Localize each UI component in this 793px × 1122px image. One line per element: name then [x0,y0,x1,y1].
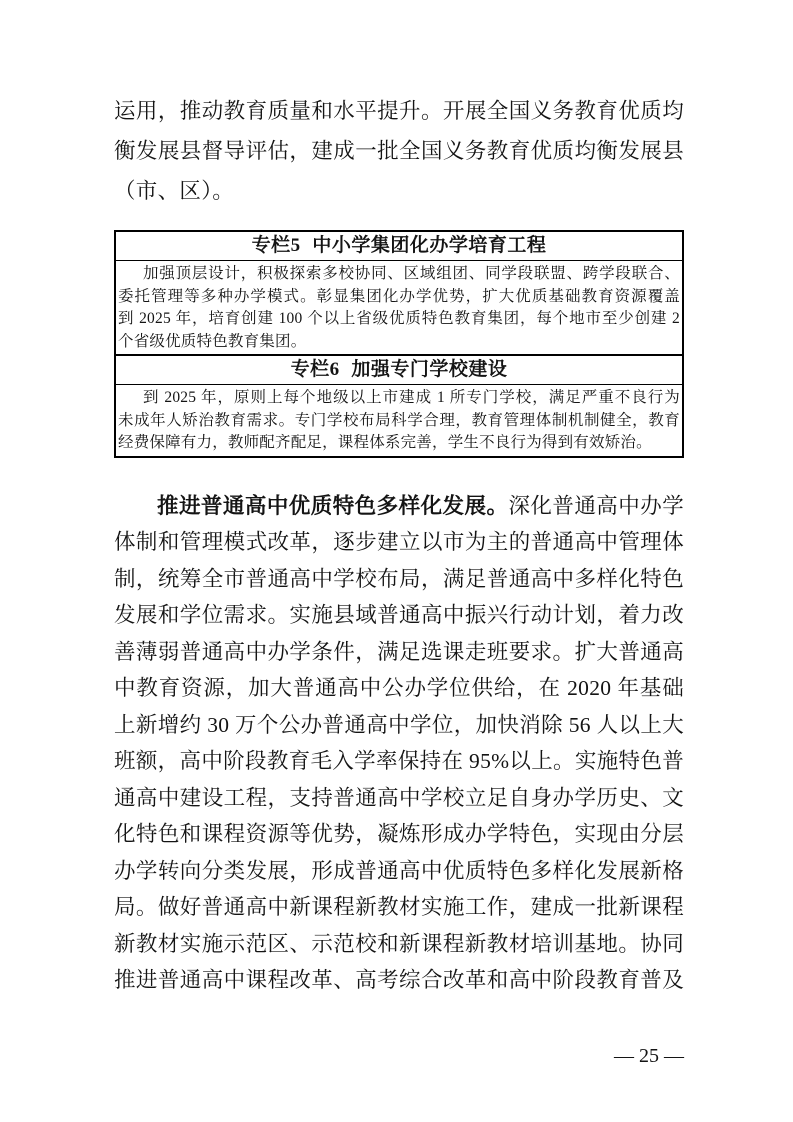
text-line: 局。做好普通高中新课程新教材实施工作，建成一批新课程 [114,889,684,926]
box6-body: 到 2025 年，原则上每个地级以上市建成 1 所专门学校，满足严重不良行为 未… [116,385,682,456]
box5-title: 中小学集团化办学培育工程 [312,235,546,256]
box6-title: 加强专门学校建设 [351,359,507,380]
box5-header-row: 专栏5中小学集团化办学培育工程 [116,232,682,261]
main-paragraph: 推进普通高中优质特色多样化发展。深化普通高中办学 体制和管理模式改革，逐步建立以… [114,488,684,999]
text-line: 办学转向分类发展，形成普通高中优质特色多样化发展新格 [114,853,684,890]
text-line: 推进普通高中课程改革、高考综合改革和高中阶段教育普及 [114,962,684,999]
text-line: 中教育资源，加大普通高中公办学位供给，在 2020 年基础 [114,670,684,707]
text-line: （市、区）。 [114,171,684,211]
box6-header-row: 专栏6加强专门学校建设 [116,356,682,385]
box-text-line: 个省级优质特色教育集团。 [118,331,680,354]
box6-tag: 专栏6 [291,359,340,380]
box-text-line: 到 2025 年，原则上每个地级以上市建成 1 所专门学校，满足严重不良行为 [118,387,680,410]
text-line: 善薄弱普通高中办学条件，满足选课走班要求。扩大普通高 [114,634,684,671]
text-line: 体制和管理模式改革，逐步建立以市为主的普通高中管理体 [114,524,684,561]
box-text-line: 未成年人矫治教育需求。专门学校布局科学合理，教育管理体制机制健全，教育 [118,410,680,433]
text-line: 推进普通高中优质特色多样化发展。深化普通高中办学 [114,488,684,525]
text-line: 通高中建设工程，支持普通高中学校立足自身办学历史、文 [114,780,684,817]
intro-paragraph: 运用，推动教育质量和水平提升。开展全国义务教育优质均 衡发展县督导评估，建成一批… [114,91,684,211]
text-line: 化特色和课程资源等优势，凝炼形成办学特色，实现由分层 [114,816,684,853]
text-line: 运用，推动教育质量和水平提升。开展全国义务教育优质均 [114,91,684,131]
text-line: 发展和学位需求。实施县域普通高中振兴行动计划，着力改 [114,597,684,634]
paragraph-lead-bold: 推进普通高中优质特色多样化发展。 [157,494,508,518]
page-footer: — 25 — [114,1044,684,1068]
highlight-boxes-table: 专栏5中小学集团化办学培育工程 加强顶层设计，积极探索多校协同、区域组团、同学段… [114,230,684,458]
text-line: 新教材实施示范区、示范校和新课程新教材培训基地。协同 [114,926,684,963]
box-text-line: 经费保障有力，教师配齐配足，课程体系完善，学生不良行为得到有效矫治。 [118,432,680,455]
text-line: 上新增约 30 万个公办普通高中学位，加快消除 56 人以上大 [114,707,684,744]
box-text-line: 到 2025 年，培育创建 100 个以上省级优质特色教育集团，每个地市至少创建… [118,308,680,331]
text-line: 衡发展县督导评估，建成一批全国义务教育优质均衡发展县 [114,131,684,171]
box-text-line: 委托管理等多种办学模式。彰显集团化办学优势，扩大优质基础教育资源覆盖面。 [118,286,680,309]
document-page: 运用，推动教育质量和水平提升。开展全国义务教育优质均 衡发展县督导评估，建成一批… [0,0,793,1122]
paragraph-lead-rest: 深化普通高中办学 [508,494,684,518]
text-line: 班额，高中阶段教育毛入学率保持在 95%以上。实施特色普 [114,743,684,780]
page-number: — 25 — [614,1045,684,1067]
text-line: 制，统筹全市普通高中学校布局，满足普通高中多样化特色 [114,561,684,598]
box5-tag: 专栏5 [252,235,301,256]
box5-body: 加强顶层设计，积极探索多校协同、区域组团、同学段联盟、跨学段联合、 委托管理等多… [116,261,682,356]
box-text-line: 加强顶层设计，积极探索多校协同、区域组团、同学段联盟、跨学段联合、 [118,263,680,286]
